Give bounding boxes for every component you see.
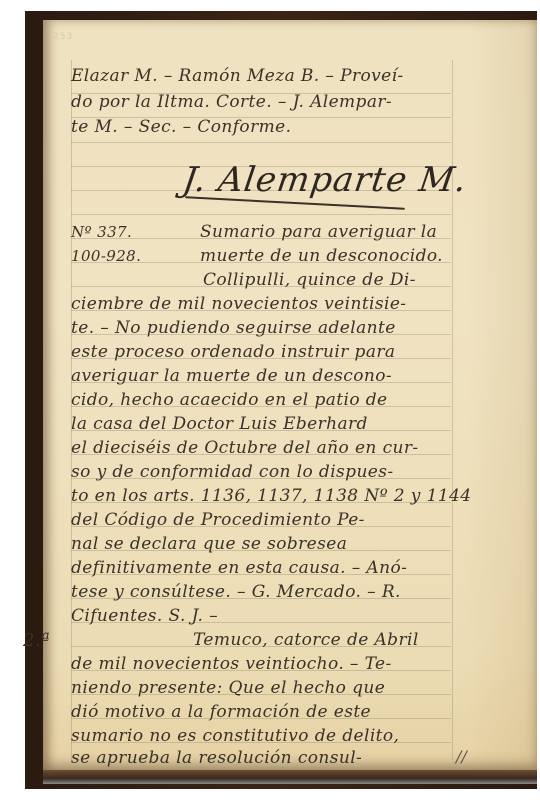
body-line: ciembre de mil novecientos veintisie-	[71, 294, 406, 314]
body-line: averiguar la muerte de un descono-	[71, 366, 392, 386]
body-line: cido, hecho acaecido en el patio de	[71, 390, 388, 410]
entry-number: Nº 337.	[71, 223, 132, 241]
body-line: de mil novecientos veintiocho. – Te-	[71, 654, 392, 674]
body-line: se aprueba la resolución consul-	[71, 748, 362, 768]
body-line: este proceso ordenado instruir para	[71, 342, 395, 362]
body-line: del Código de Procedimiento Pe-	[71, 510, 365, 530]
signature: J. Alemparte M.	[180, 160, 470, 200]
body-line: definitivamente en esta causa. – Anó-	[71, 558, 407, 578]
body-line: niendo presente: Que el hecho que	[71, 678, 385, 698]
body-line: Cifuentes. S. J. –	[71, 606, 218, 626]
end-mark: //	[456, 747, 467, 766]
body-line: la casa del Doctor Luis Eberhard	[71, 414, 368, 434]
body-line: dió motivo a la formación de este	[71, 702, 371, 722]
entry-reference: 100-928.	[71, 247, 141, 265]
body-line: so y de conformidad con lo dispues-	[71, 462, 394, 482]
handwritten-line: do por la Iltma. Corte. – J. Alempar-	[71, 92, 392, 112]
body-line: sumario no es constitutivo de delito,	[71, 726, 399, 746]
entry-title-line: Sumario para averiguar la	[200, 222, 437, 242]
handwritten-line: Elazar M. – Ramón Meza B. – Proveí-	[71, 66, 404, 86]
body-line: Collipulli, quince de Di-	[203, 270, 416, 290]
entry-title-line: muerte de un desconocido.	[200, 246, 443, 266]
body-line: el dieciséis de Octubre del año en cur-	[71, 438, 419, 458]
handwritten-line: te M. – Sec. – Conforme.	[71, 117, 291, 137]
faint-page-number: 253	[53, 32, 73, 42]
ledger-page: 253 Elazar M. – Ramón Meza B. – Proveí- …	[43, 20, 537, 772]
second-entry-number: 2.ª	[23, 630, 50, 651]
page-shadow	[467, 20, 537, 772]
body-line: nal se declara que se sobresea	[71, 534, 347, 554]
body-line: to en los arts. 1136, 1137, 1138 Nº 2 y …	[71, 486, 471, 506]
body-line: tese y consúltese. – G. Mercado. – R.	[71, 582, 401, 602]
ruled-line	[71, 142, 451, 143]
body-line: Temuco, catorce de Abril	[193, 630, 419, 650]
ruled-line	[71, 214, 451, 215]
page-bottom-edge	[43, 770, 537, 784]
body-line: te. – No pudiendo seguirse adelante	[71, 318, 396, 338]
